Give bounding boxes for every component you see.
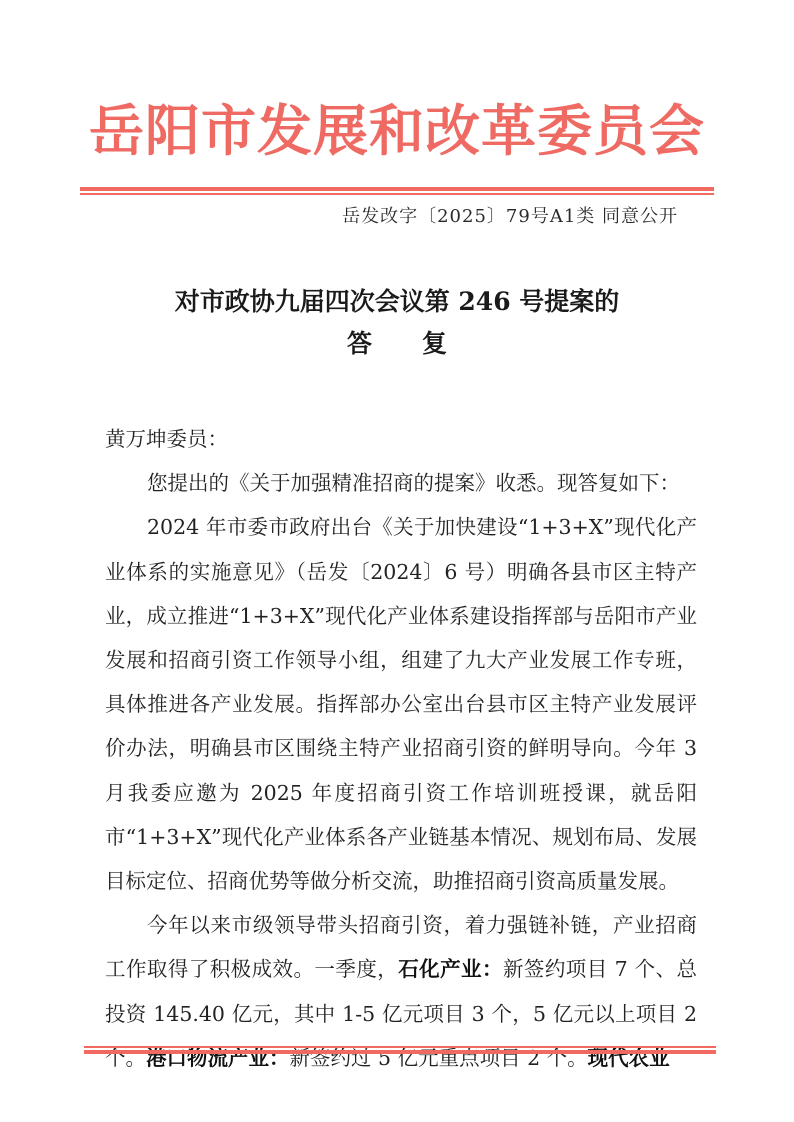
footer-rule-thick (84, 1050, 716, 1054)
organization-masthead: 岳阳市发展和改革委员会 (80, 96, 714, 166)
header-rule-thin (80, 193, 714, 195)
petrochemical-label: 石化产业： (398, 957, 503, 981)
footer-rule-thin (84, 1046, 716, 1048)
document-subtitle: 答复 (0, 324, 794, 360)
header-rule-thick (80, 187, 714, 191)
document-number: 岳发改字〔2025〕79号A1类 同意公开 (342, 202, 678, 228)
paragraph-acknowledgement: 您提出的《关于加强精准招商的提案》收悉。现答复如下： (105, 461, 697, 505)
document-title: 对市政协九届四次会议第 246 号提案的 (0, 282, 794, 318)
paragraph-policy: 2024 年市委市政府出台《关于加快建设“1+3+X”现代化产业体系的实施意见》… (105, 505, 697, 903)
salutation: 黄万坤委员： (105, 417, 697, 461)
document-body: 黄万坤委员： 您提出的《关于加强精准招商的提案》收悉。现答复如下： 2024 年… (105, 417, 697, 1080)
